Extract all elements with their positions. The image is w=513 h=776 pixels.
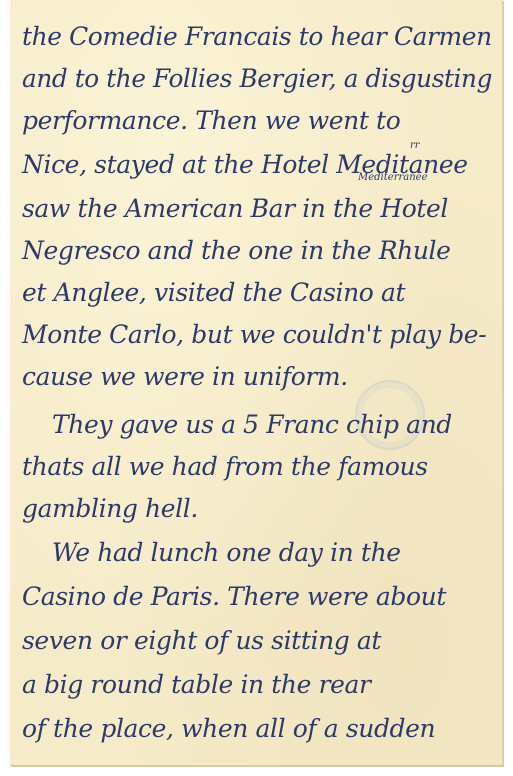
text-line-2: and to the Follies Bergier, a disgusting [22, 64, 492, 93]
text-line-7: et Anglee, visited the Casino at [22, 278, 405, 307]
correction-below: Mediterranee [358, 172, 428, 183]
text-line-14: Casino de Paris. There were about [22, 582, 446, 611]
text-line-17: of the place, when all of a sudden [22, 714, 435, 743]
text-line-6: Negresco and the one in the Rhule [22, 236, 451, 265]
text-line-8: Monte Carlo, but we couldn't play be- [22, 320, 486, 349]
text-line-9: cause we were in uniform. [22, 362, 348, 391]
text-line-16: a big round table in the rear [22, 670, 371, 699]
text-line-1: the Comedie Francais to hear Carmen [22, 22, 492, 51]
handwritten-text: the Comedie Francais to hear Carmen and … [0, 0, 513, 776]
correction-above: rr [410, 140, 420, 151]
text-line-11: thats all we had from the famous [22, 452, 428, 481]
text-line-13: We had lunch one day in the [52, 538, 401, 567]
text-line-5: saw the American Bar in the Hotel [22, 194, 448, 223]
text-line-3: performance. Then we went to [22, 106, 400, 135]
text-line-15: seven or eight of us sitting at [22, 626, 381, 655]
text-line-12: gambling hell. [22, 494, 198, 523]
text-line-10: They gave us a 5 Franc chip and [52, 410, 452, 439]
